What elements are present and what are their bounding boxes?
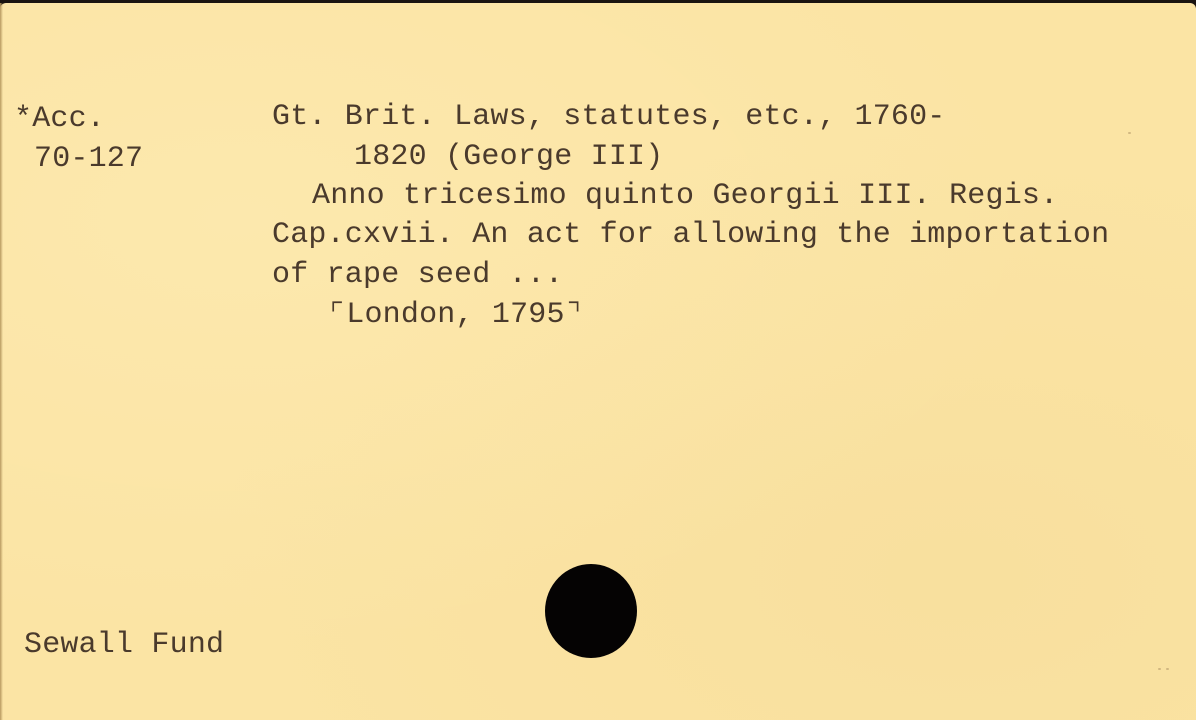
title-line-2: Cap.cxvii. An act for allowing the impor… <box>272 220 1109 250</box>
heading-line-2: 1820 (George III) <box>354 142 663 172</box>
fund-note: Sewall Fund <box>24 630 224 660</box>
paper-speck <box>1128 132 1131 134</box>
call-number: 70-127 <box>34 144 143 174</box>
paper-speck <box>1166 668 1169 670</box>
call-number-prefix: *Acc. <box>14 104 105 134</box>
paper-speck <box>1158 668 1161 670</box>
heading-line-1: Gt. Brit. Laws, statutes, etc., 1760- <box>272 102 946 132</box>
punch-hole <box>545 564 637 658</box>
card-edge-shadow <box>0 3 3 720</box>
imprint-line: ⌜London, 1795⌝ <box>328 300 583 330</box>
title-line-1: Anno tricesimo quinto Georgii III. Regis… <box>312 181 1058 211</box>
title-line-3: of rape seed ... <box>272 260 563 290</box>
